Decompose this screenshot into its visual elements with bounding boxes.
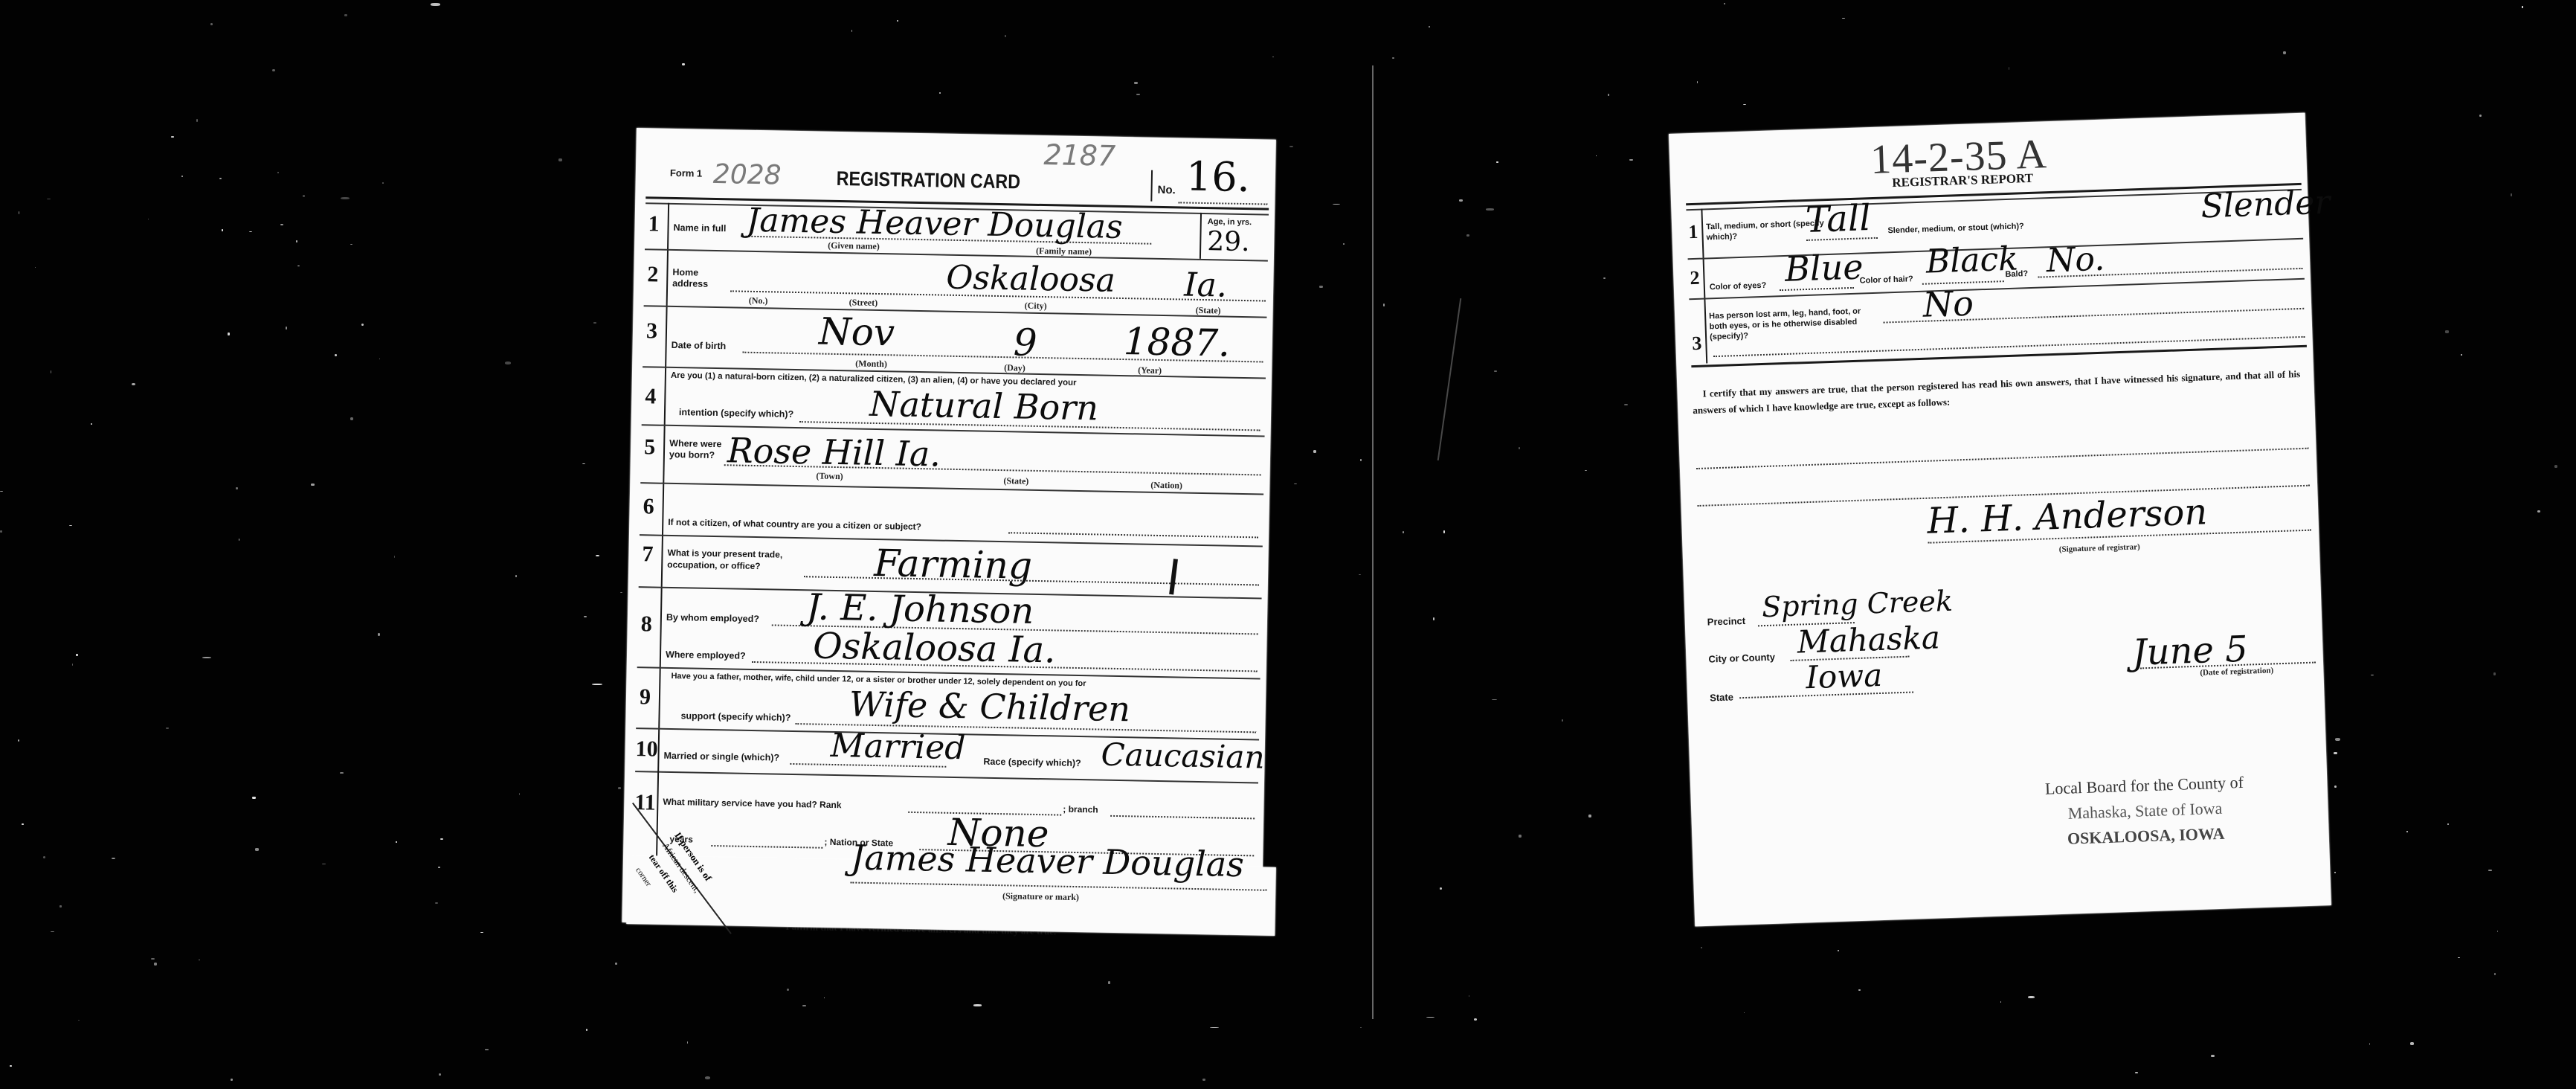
scan-speck bbox=[1210, 1027, 1218, 1028]
scan-speck bbox=[1858, 989, 1861, 991]
scan-speck bbox=[272, 69, 275, 72]
occupation-value: Farming bbox=[874, 542, 1033, 588]
scan-speck bbox=[2488, 870, 2492, 871]
marital-status-label: Married or single (which)? bbox=[663, 751, 779, 763]
state-value: Iowa bbox=[1806, 657, 1883, 696]
scan-speck bbox=[228, 333, 230, 335]
eye-color-value: Blue bbox=[1784, 246, 1864, 289]
scan-speck bbox=[582, 463, 586, 464]
scan-speck bbox=[0, 530, 2, 533]
scan-speck bbox=[2028, 996, 2035, 998]
scan-speck bbox=[586, 1029, 587, 1031]
foreign-citizenship-label: If not a citizen, of what country are yo… bbox=[668, 517, 921, 532]
home-city-value: Oskaloosa bbox=[946, 259, 1115, 300]
dob-label: Date of birth bbox=[672, 340, 727, 351]
caption-month: (Month) bbox=[855, 358, 887, 370]
scan-speck bbox=[802, 1005, 806, 1006]
scan-speck bbox=[132, 383, 136, 385]
scan-speck bbox=[1588, 815, 1591, 817]
registrars-report-card: 14-2-35 A REGISTRAR'S REPORT 1 Tall, med… bbox=[1669, 113, 2331, 927]
scan-speck bbox=[2497, 931, 2498, 932]
scan-speck bbox=[361, 324, 364, 326]
scan-speck bbox=[196, 119, 198, 122]
scan-speck bbox=[1360, 1027, 1361, 1028]
scan-speck bbox=[2406, 831, 2409, 832]
scan-speck bbox=[620, 592, 623, 594]
build-value: Slender bbox=[2200, 184, 2331, 226]
scan-speck bbox=[1624, 404, 1628, 406]
scan-speck bbox=[69, 525, 72, 526]
scan-speck bbox=[202, 657, 212, 658]
scan-speck bbox=[1202, 1079, 1205, 1081]
home-address-label: Home address bbox=[672, 267, 732, 290]
scan-speck bbox=[1496, 161, 1498, 163]
scan-speck bbox=[219, 178, 222, 179]
scan-speck bbox=[2511, 193, 2511, 196]
scan-speck bbox=[1838, 950, 1839, 952]
caption-town: (Town) bbox=[816, 471, 843, 483]
dob-year-value: 1887. bbox=[1123, 320, 1230, 365]
scan-speck bbox=[851, 30, 852, 31]
eye-color-label: Color of eyes? bbox=[1710, 281, 1767, 292]
bald-value: No. bbox=[2046, 240, 2105, 280]
scan-speck bbox=[558, 158, 562, 161]
scan-speck bbox=[439, 1073, 441, 1076]
scan-speck bbox=[335, 354, 337, 356]
scan-speck bbox=[1108, 981, 1110, 983]
occupation-label: What is your present trade, occupation, … bbox=[667, 547, 817, 574]
tear-off-corner: If person is of African descent, tear of… bbox=[625, 803, 747, 926]
scan-speck bbox=[2494, 973, 2496, 975]
scan-speck bbox=[1360, 459, 1361, 461]
scan-speck bbox=[19, 211, 19, 214]
form-label: Form 1 bbox=[670, 167, 703, 179]
scan-speck bbox=[1494, 370, 1497, 372]
scan-speck bbox=[897, 20, 898, 22]
scan-speck bbox=[379, 359, 380, 359]
scan-speck bbox=[1842, 18, 1845, 19]
scan-speck bbox=[440, 838, 443, 840]
scan-speck bbox=[705, 1076, 711, 1079]
scan-speck bbox=[1486, 208, 1494, 210]
scan-speck bbox=[322, 864, 326, 864]
scan-speck bbox=[2461, 354, 2463, 356]
certification-text: I certify that my answers are true, that… bbox=[1692, 366, 2301, 419]
scan-speck bbox=[91, 423, 92, 425]
scan-speck bbox=[341, 197, 350, 199]
local-board-stamp: Local Board for the County of Mahaska, S… bbox=[2010, 768, 2280, 853]
registration-date-caption: (Date of registration) bbox=[2200, 666, 2273, 677]
scan-speck bbox=[18, 739, 19, 742]
scan-speck bbox=[1403, 531, 1404, 533]
scan-speck bbox=[151, 958, 155, 960]
scan-speck bbox=[2410, 1042, 2414, 1045]
scan-speck bbox=[1433, 617, 1434, 620]
citizenship-label: intention (specify which)? bbox=[679, 407, 793, 420]
scan-speck bbox=[154, 963, 157, 966]
row-number: 1 bbox=[1688, 221, 1698, 243]
scan-speck bbox=[0, 491, 3, 492]
row-number: 5 bbox=[644, 434, 656, 460]
race-value: Caucasian bbox=[1101, 736, 1265, 776]
scan-speck bbox=[1519, 835, 1522, 838]
scan-speck bbox=[1603, 277, 1606, 279]
dependents-label: support (specify which)? bbox=[680, 710, 790, 723]
scan-speck bbox=[1469, 995, 1469, 998]
scan-speck bbox=[2283, 51, 2286, 54]
scan-speck bbox=[396, 841, 397, 842]
scan-speck bbox=[1134, 82, 1138, 84]
scan-speck bbox=[2479, 115, 2482, 118]
scan-speck bbox=[1492, 699, 1497, 701]
build-label: Slender, medium, or stout (which)? bbox=[1887, 222, 2024, 235]
scan-speck bbox=[1359, 574, 1361, 575]
scan-speck bbox=[252, 797, 256, 799]
scan-speck bbox=[382, 182, 384, 184]
scan-speck bbox=[1724, 3, 1725, 4]
caption-nation: (Nation) bbox=[1150, 480, 1182, 492]
scan-speck bbox=[1343, 243, 1344, 245]
scan-speck bbox=[1005, 35, 1006, 38]
scan-speck bbox=[2522, 6, 2522, 9]
scan-speck bbox=[615, 963, 617, 965]
scan-speck bbox=[303, 195, 305, 197]
page-divider-line bbox=[1372, 65, 1374, 1019]
scan-speck bbox=[787, 989, 789, 991]
scan-speck bbox=[1701, 947, 1702, 948]
scan-speck bbox=[1474, 1018, 1477, 1021]
scan-speck bbox=[2447, 823, 2448, 825]
scan-speck bbox=[222, 229, 223, 231]
scan-speck bbox=[1136, 94, 1140, 95]
scan-speck bbox=[350, 244, 352, 245]
scan-speck bbox=[687, 1041, 688, 1044]
given-name-caption: (Given name) bbox=[828, 240, 880, 252]
scan-speck bbox=[236, 487, 238, 489]
scan-speck bbox=[1443, 530, 1445, 533]
scan-speck bbox=[1596, 155, 1597, 157]
hair-color-label: Color of hair? bbox=[1859, 274, 1913, 285]
film-scratch bbox=[1437, 298, 1461, 460]
scan-speck bbox=[592, 684, 602, 685]
row-number: 4 bbox=[645, 384, 657, 409]
scan-speck bbox=[939, 92, 941, 94]
pencil-serial: 2028 bbox=[712, 159, 781, 191]
scan-speck bbox=[340, 772, 344, 774]
marital-status-value: Married bbox=[830, 727, 966, 767]
scan-speck bbox=[824, 998, 825, 998]
scan-speck bbox=[1585, 470, 1587, 471]
scan-speck bbox=[231, 1079, 233, 1081]
registrant-signature: James Heaver Douglas bbox=[851, 838, 1245, 885]
disability-label: Has person lost arm, leg, hand, foot, or… bbox=[1709, 306, 1881, 343]
disability-value: No bbox=[1922, 283, 1974, 325]
scan-speck bbox=[1333, 204, 1340, 205]
scan-speck bbox=[2458, 957, 2460, 958]
scan-speck bbox=[10, 1065, 12, 1067]
scan-speck bbox=[239, 539, 239, 541]
home-state-value: Ia. bbox=[1184, 266, 1228, 305]
scan-speck bbox=[47, 199, 51, 199]
card-title: REGISTRATION CARD bbox=[837, 167, 1021, 194]
scan-speck bbox=[1289, 146, 1293, 147]
dob-day-value: 9 bbox=[1013, 321, 1037, 364]
age-label: Age, in yrs. bbox=[1208, 217, 1252, 227]
scan-speck bbox=[1697, 81, 1698, 83]
scan-speck bbox=[311, 484, 315, 485]
pencil-order-number: 2187 bbox=[1043, 138, 1116, 173]
dob-month-value: Nov bbox=[818, 310, 895, 355]
precinct-value: Spring Creek bbox=[1761, 585, 1953, 623]
scan-speck bbox=[2335, 738, 2340, 741]
scan-speck bbox=[1440, 887, 1442, 890]
scan-speck bbox=[1426, 1017, 1434, 1018]
scan-speck bbox=[286, 327, 286, 330]
scan-speck bbox=[344, 14, 347, 16]
employment-place-value: Oskaloosa Ia. bbox=[813, 625, 1056, 671]
scan-speck bbox=[618, 787, 621, 790]
scan-speck bbox=[2554, 465, 2558, 468]
caption-no: (No.) bbox=[749, 295, 768, 306]
row-number: 10 bbox=[635, 736, 658, 762]
precinct-label: Precinct bbox=[1707, 615, 1746, 628]
row-number: 2 bbox=[1690, 267, 1700, 289]
scan-speck bbox=[181, 176, 182, 177]
scan-speck bbox=[297, 266, 300, 266]
scan-speck bbox=[438, 867, 440, 868]
scan-speck bbox=[1466, 234, 1469, 236]
scan-speck bbox=[2369, 1043, 2370, 1045]
row-number: 9 bbox=[640, 684, 651, 710]
row-number: 7 bbox=[642, 542, 654, 567]
scan-speck bbox=[59, 905, 61, 907]
scan-speck bbox=[76, 654, 78, 656]
scan-speck bbox=[72, 664, 74, 666]
row-number: 6 bbox=[643, 494, 654, 519]
height-value: Tall bbox=[1805, 197, 1871, 241]
race-label: Race (specify which)? bbox=[983, 756, 1081, 768]
scan-speck bbox=[296, 240, 297, 243]
scan-speck bbox=[1294, 484, 1298, 484]
scan-speck bbox=[480, 932, 483, 934]
row-number: 1 bbox=[648, 211, 660, 237]
caption-city: (City) bbox=[1025, 301, 1047, 312]
scan-speck bbox=[973, 1004, 982, 1006]
scan-speck bbox=[22, 823, 24, 825]
scan-speck bbox=[43, 856, 45, 858]
scan-speck bbox=[584, 616, 586, 617]
scan-speck bbox=[2334, 872, 2335, 873]
scan-speck bbox=[593, 322, 596, 323]
scan-speck bbox=[2493, 672, 2496, 675]
county-label: City or County bbox=[1708, 652, 1775, 665]
employment-place-label: Where employed? bbox=[666, 649, 746, 661]
scan-speck bbox=[2445, 330, 2449, 333]
signature-caption: (Signature or mark) bbox=[1002, 890, 1079, 903]
scan-speck bbox=[519, 793, 520, 795]
bald-label: Bald? bbox=[2005, 269, 2028, 279]
scan-speck bbox=[199, 960, 199, 961]
scan-speck bbox=[505, 362, 511, 364]
scan-speck bbox=[171, 136, 174, 138]
scan-speck bbox=[51, 931, 54, 932]
scan-speck bbox=[1383, 303, 1385, 306]
name-label: Name in full bbox=[673, 222, 726, 234]
scan-speck bbox=[378, 633, 380, 636]
county-value: Mahaska bbox=[1797, 619, 1941, 660]
scan-speck bbox=[394, 556, 395, 558]
state-label: State bbox=[1710, 692, 1733, 704]
citizenship-value: Natural Born bbox=[869, 384, 1099, 428]
scan-speck bbox=[515, 575, 517, 578]
scan-speck bbox=[1429, 26, 1430, 28]
employer-label: By whom employed? bbox=[666, 612, 759, 624]
age-value: 29. bbox=[1207, 226, 1250, 257]
scan-speck bbox=[2371, 675, 2374, 676]
birthplace-label: Where were you born? bbox=[669, 438, 730, 461]
scan-speck bbox=[112, 858, 115, 859]
caption-state: (State) bbox=[1003, 475, 1028, 487]
scan-speck bbox=[2135, 1072, 2138, 1073]
card-number: 16. bbox=[1185, 153, 1250, 202]
scan-speck bbox=[166, 727, 169, 729]
scan-speck bbox=[148, 219, 149, 220]
scan-speck bbox=[277, 172, 278, 173]
row-number: 8 bbox=[640, 611, 652, 637]
scan-speck bbox=[51, 370, 52, 373]
scan-speck bbox=[1272, 57, 1274, 57]
scan-speck bbox=[1743, 104, 1746, 105]
scan-speck bbox=[596, 555, 599, 556]
scan-speck bbox=[1608, 94, 1610, 95]
scan-speck bbox=[2334, 786, 2337, 788]
scan-speck bbox=[249, 231, 252, 232]
scan-speck bbox=[1562, 719, 1562, 722]
scan-speck bbox=[255, 848, 259, 850]
military-branch-label: ; branch bbox=[1063, 804, 1098, 815]
scan-speck bbox=[435, 902, 437, 905]
pencil-tally-mark bbox=[1169, 559, 1178, 594]
scan-speck bbox=[1744, 1012, 1745, 1013]
scan-speck bbox=[1319, 286, 1323, 288]
registrar-signature-caption: (Signature of registrar) bbox=[2059, 542, 2140, 554]
scan-speck bbox=[1629, 159, 1633, 161]
scan-speck bbox=[1519, 447, 1520, 449]
scan-speck bbox=[2009, 67, 2009, 70]
scan-speck bbox=[210, 23, 213, 26]
scan-speck bbox=[1459, 199, 1462, 202]
scan-speck bbox=[280, 224, 283, 225]
row-number: 3 bbox=[1692, 333, 1702, 355]
scan-speck bbox=[2334, 752, 2337, 754]
row-number: 3 bbox=[646, 318, 658, 344]
scan-speck bbox=[682, 63, 685, 65]
caption-street: (Street) bbox=[849, 297, 878, 309]
scan-speck bbox=[78, 1020, 80, 1021]
scan-speck bbox=[350, 417, 353, 420]
dependents-value: Wife & Children bbox=[849, 684, 1130, 729]
scan-speck bbox=[431, 3, 440, 6]
scan-speck bbox=[35, 267, 36, 268]
scan-speck bbox=[2000, 1001, 2001, 1003]
name-value: James Heaver Douglas bbox=[746, 202, 1123, 246]
scan-speck bbox=[1392, 57, 1394, 59]
scan-speck bbox=[485, 1049, 488, 1050]
row-number: 2 bbox=[647, 262, 659, 287]
scan-speck bbox=[1313, 450, 1316, 452]
scan-speck bbox=[2537, 510, 2541, 513]
no-label: No. bbox=[1157, 184, 1175, 196]
birthplace-value: Rose Hill Ia. bbox=[727, 430, 941, 474]
scan-speck bbox=[2211, 1055, 2215, 1057]
